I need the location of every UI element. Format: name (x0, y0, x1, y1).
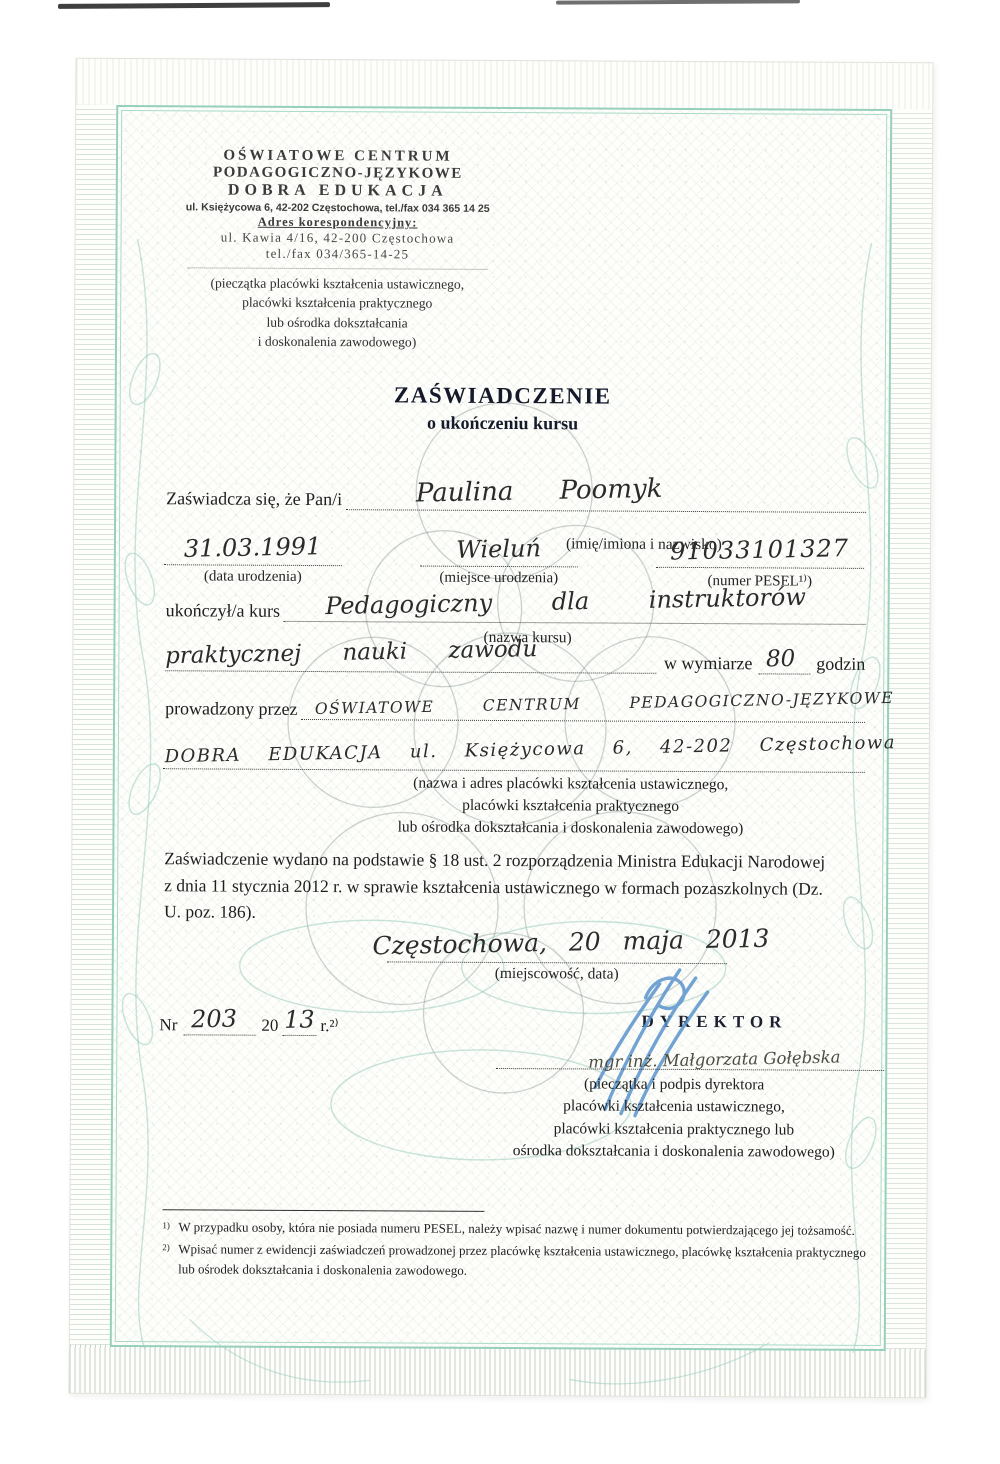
document-title: ZAŚWIADCZENIE o ukończeniu kursu (75, 381, 931, 436)
handwritten-provider-line1: OŚWIATOWE CENTRUM PEDAGOGICZNO-JĘZYKOWE (315, 689, 895, 718)
footnote-divider (162, 1209, 484, 1212)
director-caption-line: placówki kształcenia ustawicznego, (439, 1095, 909, 1120)
director-caption-line: (pieczątka i podpis dyrektora (439, 1073, 909, 1098)
name-fill-line: Paulina Poomyk (346, 484, 866, 513)
number-prefix: Nr (159, 1015, 177, 1035)
legal-basis-paragraph: Zaświadczenie wydano na podstawie § 18 u… (164, 845, 836, 928)
personal-fields-row: 31.03.1991 (data urodzenia) Wieluń (miej… (164, 535, 864, 591)
handwritten-place-date: Częstochowa, 20 maja 2013 (372, 924, 769, 961)
institution-stamp: OŚWIATOWE CENTRUM PODAGOGICZNO-JĘZYKOWE … (167, 147, 508, 352)
hours-label: w wymiarze (664, 653, 753, 674)
place-date-fill-line: Częstochowa, 20 maja 2013 (387, 932, 727, 964)
scan-artifact-line (58, 2, 330, 9)
provider-label: prowadzony przez (165, 698, 298, 720)
footnotes: 1) W przypadku osoby, która nie posiada … (162, 1217, 884, 1285)
provider-caption: (nazwa i adres placówki kształcenia usta… (320, 772, 820, 841)
certificate-page: OŚWIATOWE CENTRUM PODAGOGICZNO-JĘZYKOWE … (69, 58, 934, 1398)
handwritten-number: 203 (191, 1005, 237, 1034)
provider-fill-line1: OŚWIATOWE CENTRUM PEDAGOGICZNO-JĘZYKOWE (301, 694, 865, 723)
provider-caption-line: lub ośrodka dokształcania i doskonalenia… (320, 816, 820, 841)
stamp-phone: tel./fax 034/365-14-25 (167, 245, 507, 263)
certificate-number-row: Nr 203 20 13 r.²⁾ (159, 1011, 338, 1036)
director-caption-line: placówki kształcenia praktycznego lub (439, 1118, 909, 1143)
stamp-line: PODAGOGICZNO-JĘZYKOWE (168, 164, 508, 183)
director-title: DYREKTOR (599, 1012, 829, 1033)
course-hours-row: praktycznej nauki zawodu w wymiarze 80 g… (165, 645, 865, 675)
year-fill-line: 13 (282, 1012, 316, 1036)
stamp-line: DOBRA EDUKACJA (168, 181, 508, 201)
place-date-field: Częstochowa, 20 maja 2013 (miejscowość, … (387, 932, 727, 984)
handwritten-hours: 80 (766, 646, 796, 673)
hours-suffix: godzin (816, 654, 865, 675)
course-row: ukończył/a kurs Pedagogiczny dla instruk… (166, 595, 866, 625)
stamp-mailing-address: ul. Kawia 4/16, 42-200 Częstochowa (168, 229, 508, 247)
handwritten-dob: 31.03.1991 (163, 532, 342, 563)
director-caption-line: ośrodka dokształcania i doskonalenia zaw… (439, 1140, 909, 1165)
number-fill-line: 203 (183, 1011, 255, 1035)
stamp-divider (188, 267, 487, 270)
stamp-mailing-label: Adres korespondencyjny: (168, 214, 508, 231)
stamp-caption-line: lub ośrodka dokształcania (167, 312, 507, 333)
field-dob: 31.03.1991 (data urodzenia) (164, 535, 342, 588)
director-sign-line: mgr inż. Małgorzata Gołębska (496, 1039, 884, 1071)
footnote-2-text: Wpisać numer z ewidencji zaświadczeń pro… (178, 1241, 866, 1278)
footnote-2-marker: 2) (162, 1241, 170, 1255)
field-birthplace: Wieluń (miejsce urodzenia) (420, 537, 578, 590)
certify-row: Zaświadcza się, że Pan/i Paulina Poomyk … (166, 483, 866, 513)
title-main: ZAŚWIADCZENIE (75, 381, 931, 411)
provider-caption-line: (nazwa i adres placówki kształcenia usta… (321, 772, 821, 797)
handwritten-provider-line2: DOBRA EDUKACJA ul. Księżycowa 6, 42-202 … (164, 732, 896, 767)
stamp-caption-line: placówki kształcenia praktycznego (167, 293, 507, 314)
number-suffix: r.²⁾ (320, 1016, 338, 1036)
stamp-caption-line: i doskonalenia zawodowego) (167, 331, 507, 352)
provider-fill-line2: DOBRA EDUKACJA ul. Księżycowa 6, 42-202 … (163, 737, 865, 773)
handwritten-course-line2: praktycznej nauki zawodu (165, 636, 538, 669)
title-sub: o ukończeniu kursu (75, 411, 931, 436)
certify-label: Zaświadcza się, że Pan/i (166, 488, 342, 510)
provider-caption-line: placówki kształcenia praktycznego (321, 794, 821, 819)
place-date-caption: (miejscowość, data) (387, 964, 727, 984)
course-label: ukończył/a kurs (166, 600, 281, 622)
course-fill-line2: praktycznej nauki zawodu (165, 645, 656, 674)
course-fill-line: Pedagogiczny dla instruktorów (284, 596, 866, 625)
handwritten-name: Paulina Poomyk (415, 474, 662, 509)
director-stamp-name: mgr inż. Małgorzata Gołębska (588, 1047, 841, 1071)
stamp-line: OŚWIATOWE CENTRUM (168, 147, 508, 166)
handwritten-pesel: 91033101327 (655, 534, 863, 566)
stamp-caption-line: (pieczątka placówki kształcenia ustawicz… (167, 273, 507, 294)
footnote-2: 2) Wpisać numer z ewidencji zaświadczeń … (162, 1239, 884, 1283)
hours-fill-line: 80 (758, 648, 810, 674)
birthplace-caption: (miejsce urodzenia) (420, 570, 578, 588)
handwritten-birthplace: Wieluń (419, 534, 578, 565)
stamp-caption: (pieczątka placówki kształcenia ustawicz… (167, 273, 507, 352)
provider-row: prowadzony przez OŚWIATOWE CENTRUM PEDAG… (165, 693, 865, 723)
footnote-1: 1) W przypadku osoby, która nie posiada … (162, 1217, 884, 1241)
stamp-address: ul. Księżycowa 6, 42-202 Częstochowa, te… (168, 201, 508, 215)
provider-row2: DOBRA EDUKACJA ul. Księżycowa 6, 42-202 … (163, 737, 865, 773)
handwritten-year: 13 (284, 1005, 315, 1034)
number-year-prefix: 20 (261, 1016, 278, 1036)
director-caption: (pieczątka i podpis dyrektora placówki k… (439, 1073, 909, 1165)
scan-artifact-line (556, 0, 800, 5)
dob-caption: (data urodzenia) (164, 568, 342, 586)
footnote-1-text: W przypadku osoby, która nie posiada num… (178, 1219, 855, 1238)
footnote-1-marker: 1) (162, 1219, 170, 1233)
